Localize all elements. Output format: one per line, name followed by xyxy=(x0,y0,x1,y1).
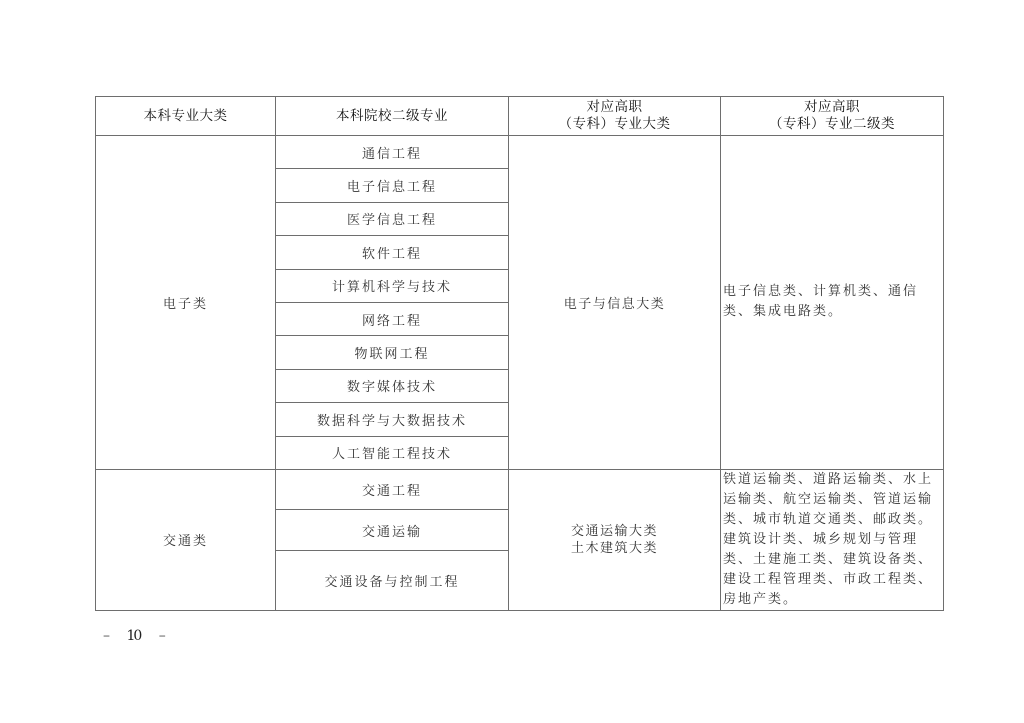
major-cell: 人工智能工程技术 xyxy=(276,436,509,469)
vocational-category-text: 电子与信息大类 xyxy=(509,293,720,312)
vocational-subcategory-text-1: 铁道运输类、道路运输类、水上运输类、航空运输类、管道运输类、城市轨道交通类、邮政… xyxy=(723,470,942,530)
header-vocational-category-line1: 对应高职 xyxy=(509,99,720,116)
table-row: 交通类 交通工程 交通运输大类 土木建筑大类 铁道运输类、道路运输类、水上运输类… xyxy=(96,469,944,509)
vocational-subcategory-text-2: 建筑设计类、城乡规划与管理类、土建施工类、建筑设备类、建设工程管理类、市政工程类… xyxy=(723,530,942,610)
vocational-subcategory-cell-transportation: 铁道运输类、道路运输类、水上运输类、航空运输类、管道运输类、城市轨道交通类、邮政… xyxy=(721,469,944,610)
major-cell: 数据科学与大数据技术 xyxy=(276,403,509,436)
major-cell: 物联网工程 xyxy=(276,336,509,369)
page-dash-left: – xyxy=(103,628,116,644)
vocational-category-text-2: 土木建筑大类 xyxy=(509,540,720,557)
table-row: 电子类 通信工程 电子与信息大类 电子信息类、计算机类、通信类、集成电路类。 xyxy=(96,136,944,169)
vocational-category-cell-transportation: 交通运输大类 土木建筑大类 xyxy=(509,469,721,610)
major-cell: 计算机科学与技术 xyxy=(276,269,509,302)
category-cell-transportation: 交通类 xyxy=(96,469,276,610)
major-mapping-table: 本科专业大类 本科院校二级专业 对应高职 （专科）专业大类 对应高职 （专科）专… xyxy=(95,96,944,611)
page-dash-right: – xyxy=(159,628,172,644)
major-cell: 电子信息工程 xyxy=(276,169,509,202)
major-cell: 交通运输 xyxy=(276,510,509,551)
major-cell: 数字媒体技术 xyxy=(276,369,509,402)
header-vocational-subcategory: 对应高职 （专科）专业二级类 xyxy=(721,97,944,136)
vocational-subcategory-cell-electronics: 电子信息类、计算机类、通信类、集成电路类。 xyxy=(721,136,944,470)
header-undergrad-category: 本科专业大类 xyxy=(96,97,276,136)
major-cell: 软件工程 xyxy=(276,236,509,269)
major-cell: 通信工程 xyxy=(276,136,509,169)
header-vocational-category-line2: （专科）专业大类 xyxy=(509,116,720,133)
major-cell: 网络工程 xyxy=(276,302,509,335)
category-cell-electronics: 电子类 xyxy=(96,136,276,470)
vocational-category-text-1: 交通运输大类 xyxy=(509,523,720,540)
vocational-category-cell-electronics: 电子与信息大类 xyxy=(509,136,721,470)
header-undergrad-major: 本科院校二级专业 xyxy=(276,97,509,136)
header-vocational-subcategory-line1: 对应高职 xyxy=(721,99,943,116)
major-cell: 医学信息工程 xyxy=(276,202,509,235)
page-number-footer: – 10 – xyxy=(103,628,172,644)
header-vocational-category: 对应高职 （专科）专业大类 xyxy=(509,97,721,136)
page-number: 10 xyxy=(126,628,140,644)
table-header-row: 本科专业大类 本科院校二级专业 对应高职 （专科）专业大类 对应高职 （专科）专… xyxy=(96,97,944,136)
major-cell: 交通设备与控制工程 xyxy=(276,551,509,610)
major-cell: 交通工程 xyxy=(276,469,509,509)
header-vocational-subcategory-line2: （专科）专业二级类 xyxy=(721,116,943,133)
